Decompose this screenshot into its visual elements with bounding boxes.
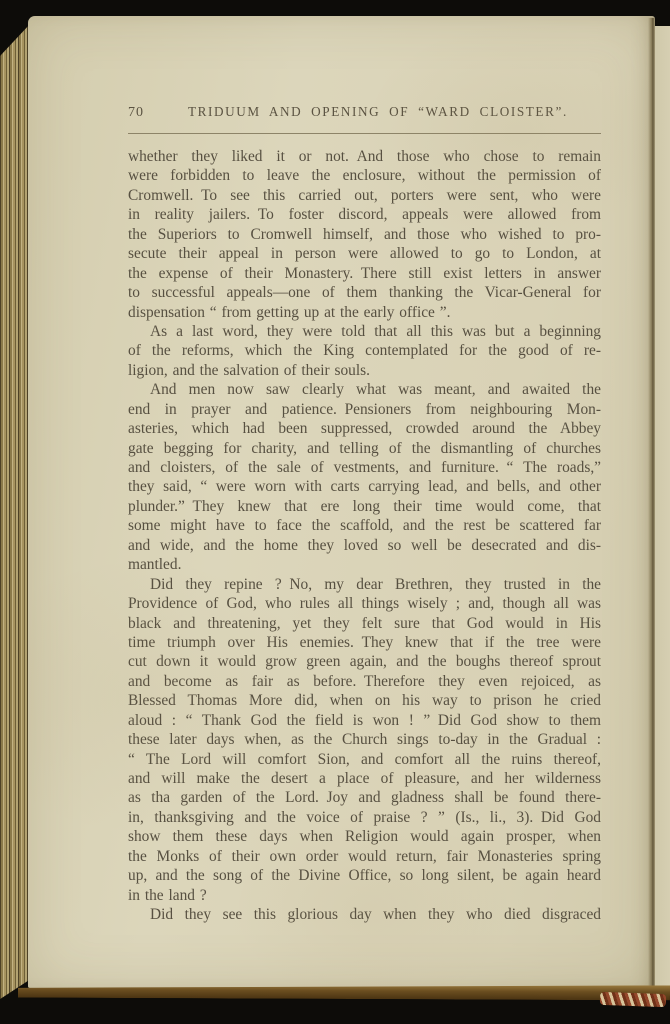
book-photo: 70 TRIDUUM AND OPENING OF “WARD CLOISTER…	[0, 0, 670, 1024]
text-line: “ The Lord will comfort Sion, and comfor…	[128, 750, 601, 769]
text-line: Did they see this glorious day when they…	[128, 905, 601, 924]
headband-top-icon	[622, 9, 666, 21]
text-line: the Monks of their own order would retur…	[128, 847, 601, 866]
text-line: they said, “ were worn with carts carryi…	[128, 477, 601, 496]
text-line: end in prayer and patience. Pensioners f…	[128, 400, 601, 419]
page-number: 70	[128, 105, 144, 121]
text-line: whether they liked it or not. And those …	[128, 147, 601, 166]
text-line: gate begging for charity, and telling of…	[128, 439, 601, 458]
headband-bottom-icon	[600, 992, 666, 1007]
text-line: Did they repine ? No, my dear Brethren, …	[128, 575, 601, 594]
text-line: and become as fair as before. Therefore …	[128, 672, 601, 691]
book-page: 70 TRIDUUM AND OPENING OF “WARD CLOISTER…	[28, 16, 655, 988]
text-line: aloud : “ Thank God the field is won ! ”…	[128, 711, 601, 730]
text-line: in reality jailers. To foster discord, a…	[128, 205, 601, 224]
text-line: Providence of God, who rules all things …	[128, 594, 601, 613]
text-line: in the land ?	[128, 886, 601, 905]
text-line: cut down it would grow green again, and …	[128, 652, 601, 671]
text-line: Cromwell. To see this carried out, porte…	[128, 186, 601, 205]
text-line: dispensation “ from getting up at the ea…	[128, 303, 601, 322]
text-line: these later days when, as the Church sin…	[128, 730, 601, 749]
facing-page-sliver	[655, 26, 670, 992]
gutter-shadow	[648, 18, 655, 996]
text-line: as tha garden of the Lord. Joy and gladn…	[128, 788, 601, 807]
text-line: the Superiors to Cromwell himself, and t…	[128, 225, 601, 244]
text-line: show them these days when Religion would…	[128, 827, 601, 846]
text-line: asteries, which had been suppressed, cro…	[128, 419, 601, 438]
text-line: some might have to face the scaffold, an…	[128, 516, 601, 535]
text-line: black and threatening, yet they felt sur…	[128, 614, 601, 633]
body-text: whether they liked it or not. And those …	[128, 147, 601, 925]
text-line: were forbidden to leave the enclosure, w…	[128, 166, 601, 185]
text-line: plunder.” They knew that ere long their …	[128, 497, 601, 516]
running-title: TRIDUUM AND OPENING OF “WARD CLOISTER”.	[188, 104, 568, 120]
header-rule	[128, 133, 601, 134]
text-line: time triumph over His enemies. They knew…	[128, 633, 601, 652]
text-line: and wide, and the home they loved so wel…	[128, 536, 601, 555]
text-line: of the reforms, which the King contempla…	[128, 341, 601, 360]
text-line: Blessed Thomas More did, when on his way…	[128, 691, 601, 710]
text-line: mantled.	[128, 555, 601, 574]
text-line: up, and the song of the Divine Office, s…	[128, 866, 601, 885]
text-line: the expense of their Monastery. There st…	[128, 264, 601, 283]
text-line: and will make the desert a place of plea…	[128, 769, 601, 788]
text-line: ligion, and the salvation of their souls…	[128, 361, 601, 380]
text-line: secute their appeal in person were allow…	[128, 244, 601, 263]
page-header: 70 TRIDUUM AND OPENING OF “WARD CLOISTER…	[128, 104, 602, 121]
text-line: and cloisters, of the sale of vestments,…	[128, 458, 601, 477]
text-line: And men now saw clearly what was meant, …	[128, 380, 601, 399]
text-line: As a last word, they were told that all …	[128, 322, 601, 341]
text-line: in, thanksgiving and the voice of praise…	[128, 808, 601, 827]
text-line: to successful appeals—one of them thanki…	[128, 283, 601, 302]
page-edge-stack	[0, 22, 30, 1004]
